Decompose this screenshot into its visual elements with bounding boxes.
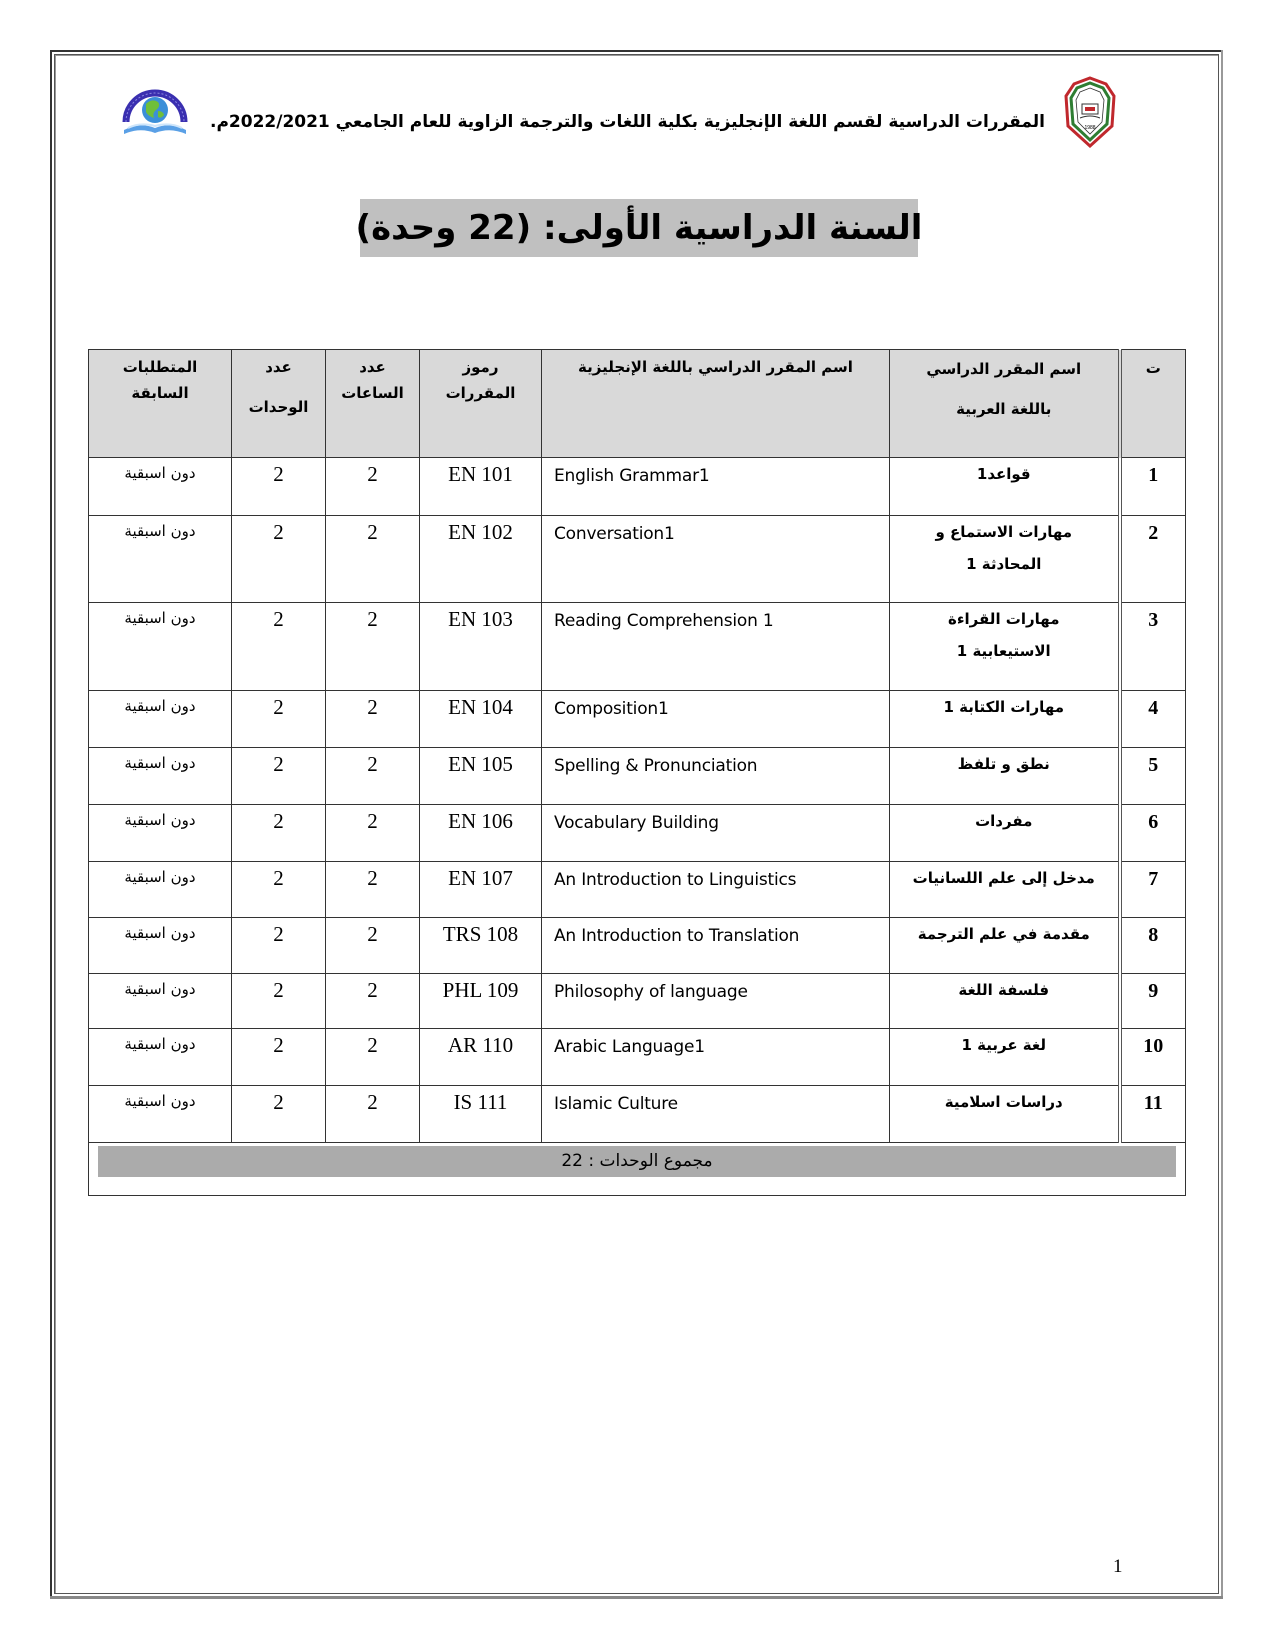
row-english-name: An Introduction to Linguistics [542,862,890,918]
row-num: 3 [1120,603,1186,691]
row-prereq: دون اسبقية [89,918,232,974]
row-arabic-name: نطق و تلفظ [890,748,1120,805]
row-prereq: دون اسبقية [89,1029,232,1086]
table-row: 9 فلسفة اللغة Philosophy of language PHL… [89,974,1186,1029]
table-row: 6 مفردات Vocabulary Building EN 106 2 2 … [89,805,1186,862]
row-arabic-name: دراسات اسلامية [890,1086,1120,1143]
row-arabic-name: مدخل إلى علم اللسانيات [890,862,1120,918]
row-arabic-name-line1: قواعد1 [890,458,1118,490]
page-border-shadow-bottom [50,1596,1223,1599]
row-english-name: Philosophy of language [542,974,890,1029]
row-code: EN 105 [420,748,542,805]
header-prereq: المتطلبات السابقة [89,350,232,458]
row-units: 2 [232,862,326,918]
row-units: 2 [232,603,326,691]
table-row: 10 لغة عربية 1 Arabic Language1 AR 110 2… [89,1029,1186,1086]
header-hours-line1: عدد [326,352,419,380]
row-english-name: Composition1 [542,691,890,748]
row-arabic-name: مقدمة في علم الترجمة [890,918,1120,974]
row-prereq: دون اسبقية [89,974,232,1029]
header-code: رموز المقررات [420,350,542,458]
row-arabic-name-line1: نطق و تلفظ [890,748,1118,780]
row-english-name: Islamic Culture [542,1086,890,1143]
row-code: EN 102 [420,516,542,603]
row-code: EN 103 [420,603,542,691]
header-english-name-label: اسم المقرر الدراسي باللغة الإنجليزية [542,352,889,380]
row-english-name: An Introduction to Translation [542,918,890,974]
row-arabic-name-line1: مهارات القراءة [890,603,1118,635]
row-code: TRS 108 [420,918,542,974]
row-prereq: دون اسبقية [89,862,232,918]
row-arabic-name: مهارات القراءةالاستيعابية 1 [890,603,1120,691]
row-units: 2 [232,1086,326,1143]
row-arabic-name-line1: مدخل إلى علم اللسانيات [890,862,1118,894]
row-num: 8 [1120,918,1186,974]
header-arabic-name: اسم المقرر الدراسي باللغة العربية [890,350,1120,458]
row-arabic-name-line1: دراسات اسلامية [890,1086,1118,1118]
row-arabic-name-line1: مهارات الاستماع و [890,516,1118,548]
row-arabic-name-line1: لغة عربية 1 [890,1029,1118,1061]
row-num: 6 [1120,805,1186,862]
table-row: 2 مهارات الاستماع والمحادثة 1 Conversati… [89,516,1186,603]
row-code: IS 111 [420,1086,542,1143]
row-units: 2 [232,918,326,974]
row-hours: 2 [326,1086,420,1143]
row-code: EN 107 [420,862,542,918]
row-num: 2 [1120,516,1186,603]
summary-cell: مجموع الوحدات : 22 [89,1143,1186,1196]
row-code: AR 110 [420,1029,542,1086]
header-prereq-line1: المتطلبات [89,352,231,380]
row-units: 2 [232,805,326,862]
courses-table: ت اسم المقرر الدراسي باللغة العربية اسم … [88,349,1186,1196]
row-arabic-name: مهارات الاستماع والمحادثة 1 [890,516,1120,603]
row-hours: 2 [326,748,420,805]
header-num-label: ت [1146,359,1161,377]
row-arabic-name-line2: المحادثة 1 [890,548,1118,580]
row-num: 1 [1120,458,1186,516]
row-code: PHL 109 [420,974,542,1029]
row-english-name: Reading Comprehension 1 [542,603,890,691]
row-prereq: دون اسبقية [89,805,232,862]
row-num: 10 [1120,1029,1186,1086]
row-hours: 2 [326,603,420,691]
page-border-shadow-right [1221,50,1223,1598]
svg-text:1988: 1988 [1084,125,1095,131]
table-row: 3 مهارات القراءةالاستيعابية 1 Reading Co… [89,603,1186,691]
header-num: ت [1120,350,1186,458]
row-arabic-name-line1: مقدمة في علم الترجمة [890,918,1118,950]
header-units-line2: الوحدات [232,380,325,420]
page-number: 1 [1113,1556,1123,1578]
row-hours: 2 [326,516,420,603]
row-arabic-name: مهارات الكتابة 1 [890,691,1120,748]
table-row: 1 قواعد1 English Grammar1 EN 101 2 2 دون… [89,458,1186,516]
header-english-name: اسم المقرر الدراسي باللغة الإنجليزية [542,350,890,458]
globe-logo-icon [118,78,192,138]
header-units-line1: عدد [232,352,325,380]
row-num: 11 [1120,1086,1186,1143]
row-arabic-name: فلسفة اللغة [890,974,1120,1029]
row-hours: 2 [326,862,420,918]
row-code: EN 106 [420,805,542,862]
row-num: 7 [1120,862,1186,918]
table-row: 7 مدخل إلى علم اللسانيات An Introduction… [89,862,1186,918]
header-arabic-name-line2: باللغة العربية [890,382,1118,422]
table-row: 11 دراسات اسلامية Islamic Culture IS 111… [89,1086,1186,1143]
row-hours: 2 [326,974,420,1029]
page-title: السنة الدراسية الأولى: (22 وحدة) [360,199,918,257]
row-arabic-name-line1: مهارات الكتابة 1 [890,691,1118,723]
row-english-name: Arabic Language1 [542,1029,890,1086]
row-arabic-name: مفردات [890,805,1120,862]
row-hours: 2 [326,918,420,974]
row-prereq: دون اسبقية [89,516,232,603]
header-arabic-name-line1: اسم المقرر الدراسي [890,352,1118,382]
row-hours: 2 [326,805,420,862]
row-units: 2 [232,458,326,516]
row-prereq: دون اسبقية [89,458,232,516]
header-units: عدد الوحدات [232,350,326,458]
row-prereq: دون اسبقية [89,1086,232,1143]
row-num: 5 [1120,748,1186,805]
table-row: 4 مهارات الكتابة 1 Composition1 EN 104 2… [89,691,1186,748]
row-units: 2 [232,516,326,603]
row-units: 2 [232,1029,326,1086]
row-arabic-name-line2: الاستيعابية 1 [890,635,1118,667]
row-english-name: Spelling & Pronunciation [542,748,890,805]
header-code-line1: رموز [420,352,541,380]
summary-row: مجموع الوحدات : 22 [89,1143,1186,1196]
table-row: 5 نطق و تلفظ Spelling & Pronunciation EN… [89,748,1186,805]
row-hours: 2 [326,458,420,516]
row-prereq: دون اسبقية [89,603,232,691]
document-header: المقررات الدراسية لقسم اللغة الإنجليزية … [210,112,1045,132]
row-code: EN 101 [420,458,542,516]
table-header-row: ت اسم المقرر الدراسي باللغة العربية اسم … [89,350,1186,458]
total-units-summary: مجموع الوحدات : 22 [98,1146,1176,1177]
row-arabic-name: قواعد1 [890,458,1120,516]
header-prereq-line2: السابقة [89,380,231,406]
row-num: 4 [1120,691,1186,748]
row-english-name: Vocabulary Building [542,805,890,862]
header-code-line2: المقررات [420,380,541,406]
row-units: 2 [232,748,326,805]
header-hours: عدد الساعات [326,350,420,458]
row-num: 9 [1120,974,1186,1029]
row-english-name: English Grammar1 [542,458,890,516]
row-arabic-name-line1: مفردات [890,805,1118,837]
row-hours: 2 [326,691,420,748]
university-shield-icon: 1988 [1062,76,1118,148]
table-row: 8 مقدمة في علم الترجمة An Introduction t… [89,918,1186,974]
row-prereq: دون اسبقية [89,691,232,748]
row-english-name: Conversation1 [542,516,890,603]
row-units: 2 [232,691,326,748]
row-code: EN 104 [420,691,542,748]
row-arabic-name-line1: فلسفة اللغة [890,974,1118,1006]
row-hours: 2 [326,1029,420,1086]
row-units: 2 [232,974,326,1029]
header-hours-line2: الساعات [326,380,419,406]
row-arabic-name: لغة عربية 1 [890,1029,1120,1086]
row-prereq: دون اسبقية [89,748,232,805]
